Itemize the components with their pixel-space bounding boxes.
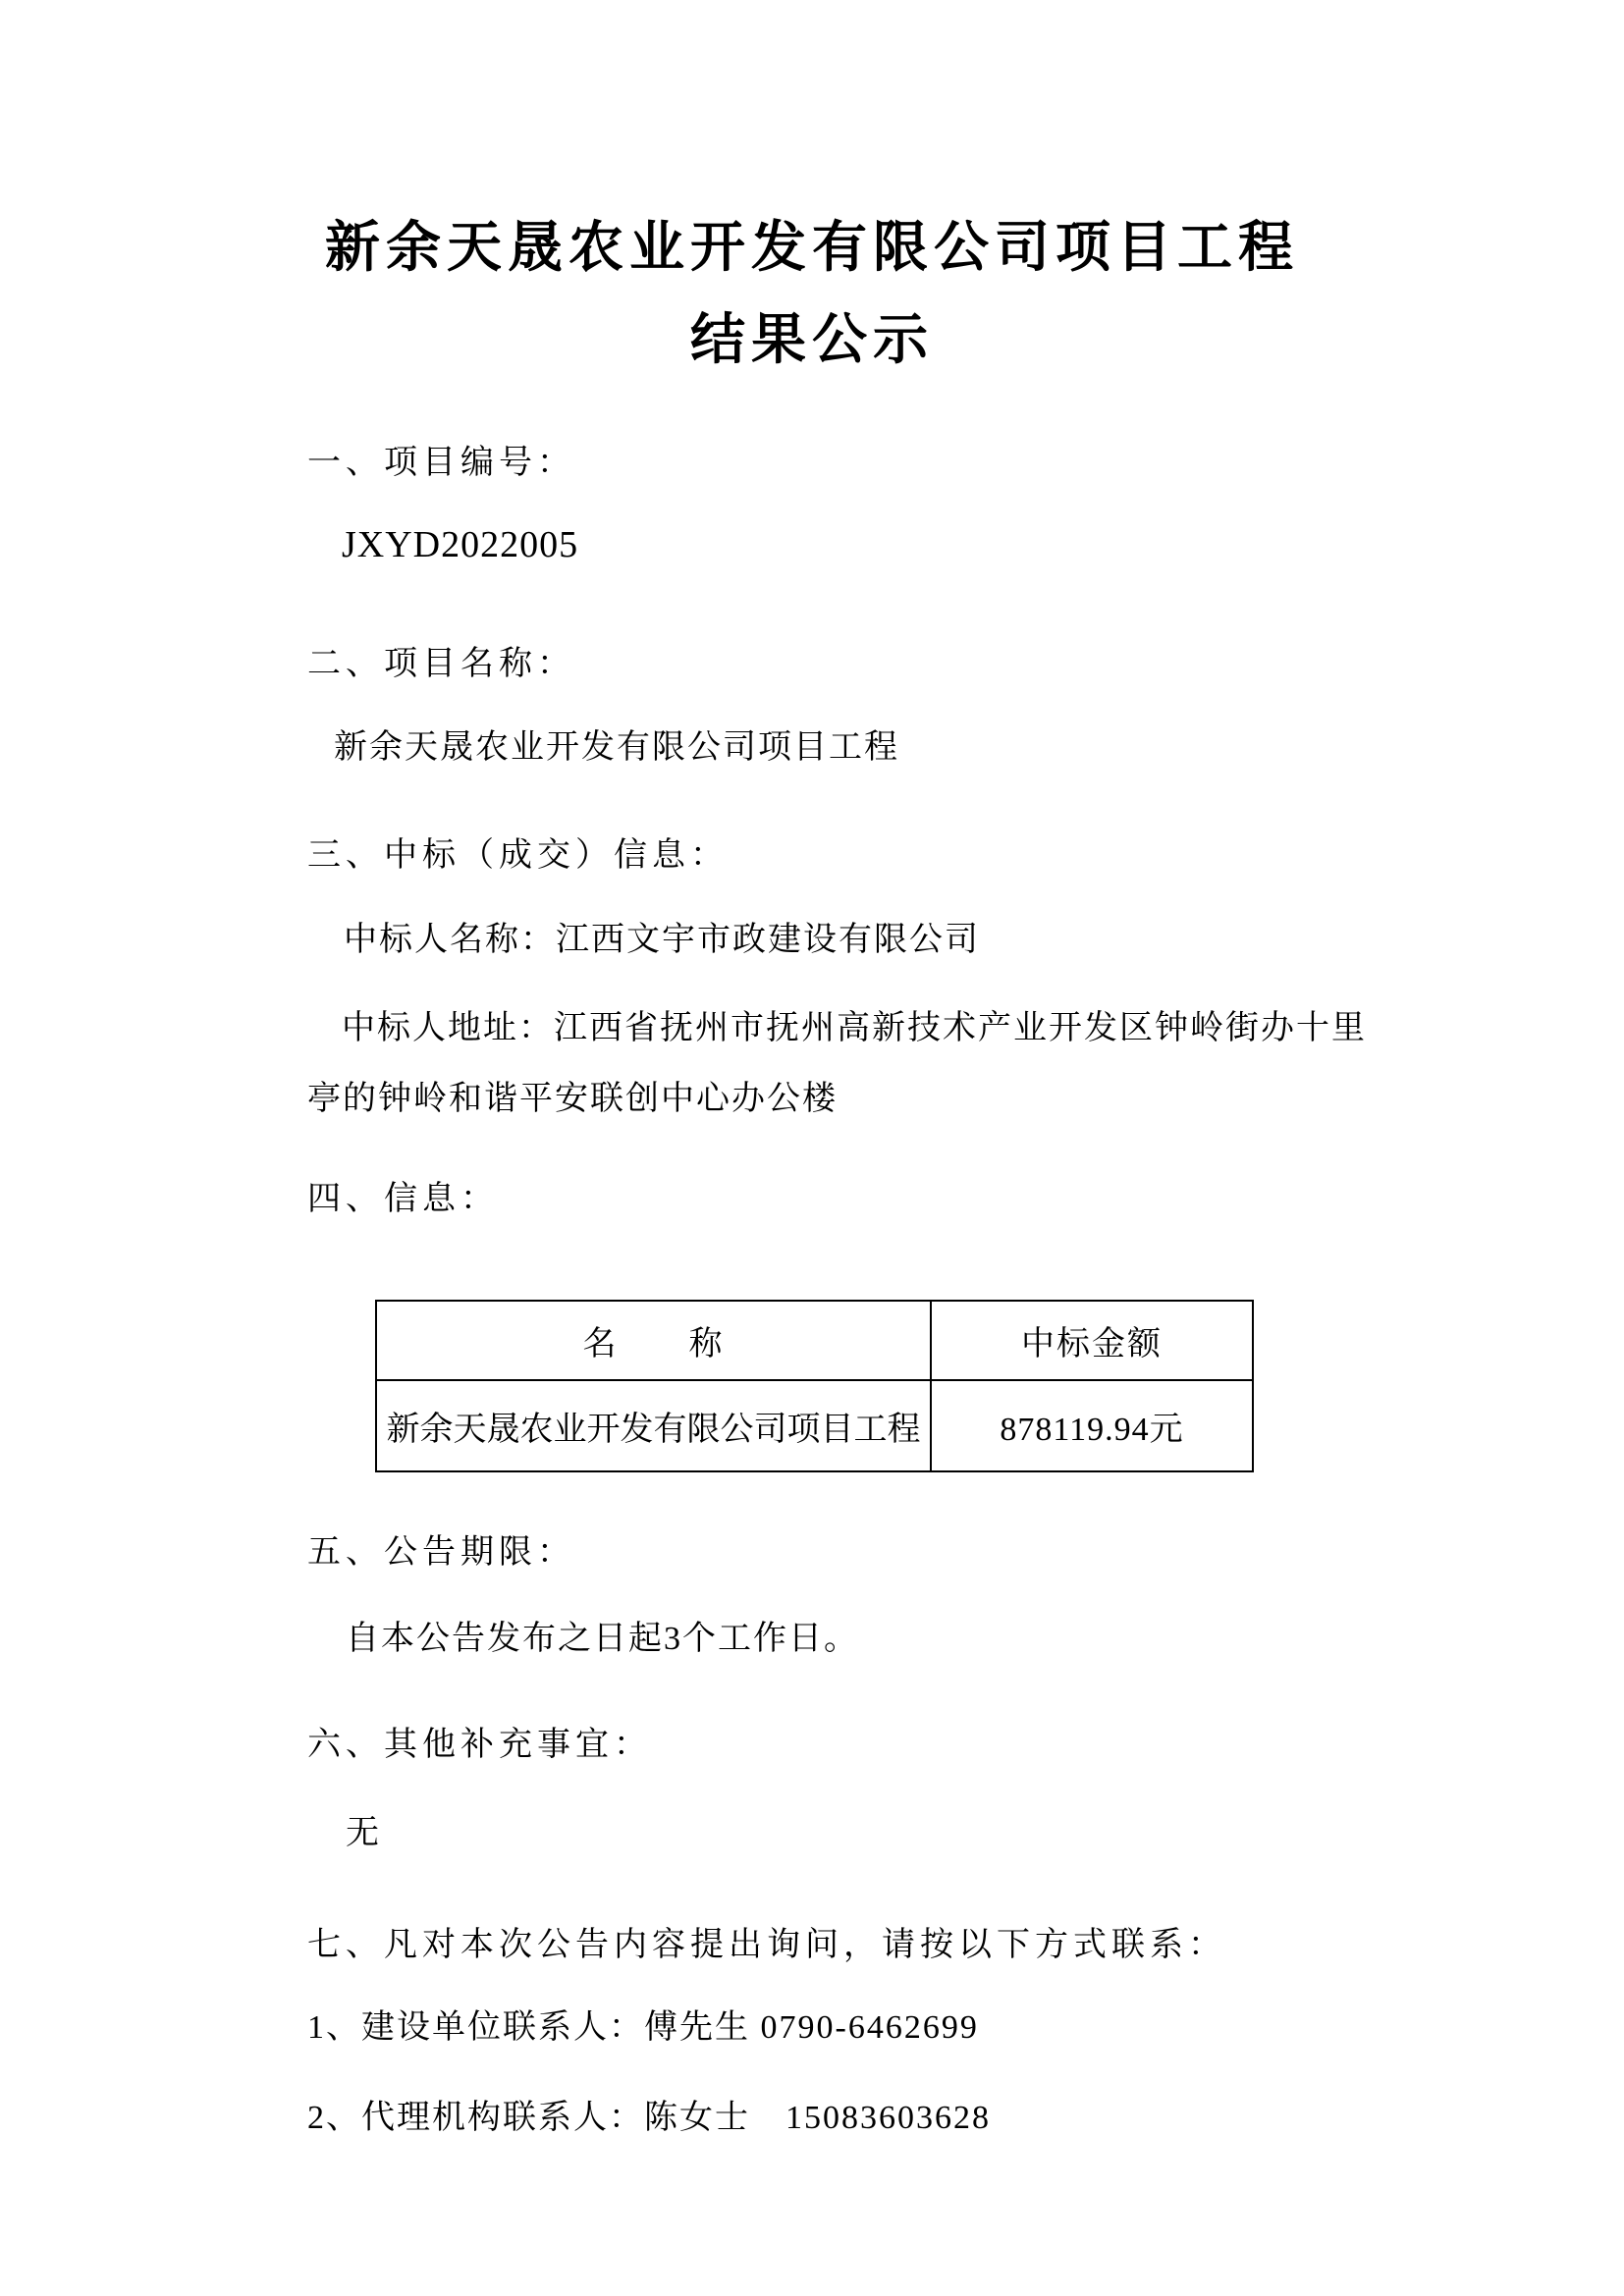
table-cell-project-name: 新余天晟农业开发有限公司项目工程 xyxy=(376,1380,931,1471)
section-2-heading: 二、项目名称： xyxy=(307,643,575,686)
section-7-heading: 七、凡对本次公告内容提出询问，请按以下方式联系： xyxy=(307,1924,1226,1967)
contact-line-construction-unit: 1、建设单位联系人：傅先生 0790-6462699 xyxy=(307,2006,979,2050)
table-header-amount: 中标金额 xyxy=(931,1301,1253,1380)
supplementary-matters-value: 无 xyxy=(346,1812,381,1855)
document-title-line1: 新余天晟农业开发有限公司项目工程 xyxy=(0,214,1624,283)
table-header-name: 名 称 xyxy=(376,1301,931,1380)
project-code-value: JXYD2022005 xyxy=(342,523,578,566)
section-6-heading: 六、其他补充事宜： xyxy=(307,1724,652,1767)
contact-line-agency: 2、代理机构联系人：陈女士 15083603628 xyxy=(307,2097,991,2140)
table-cell-award-amount: 878119.94元 xyxy=(931,1380,1253,1471)
winner-address-line2: 亭的钟岭和谐平安联创中心办公楼 xyxy=(307,1078,838,1121)
document-title-line2: 结果公示 xyxy=(0,306,1624,375)
section-1-heading: 一、项目编号： xyxy=(307,442,575,485)
section-4-heading: 四、信息： xyxy=(307,1178,499,1221)
table-header-row: 名 称 中标金额 xyxy=(376,1301,1253,1380)
announcement-page: 新余天晟农业开发有限公司项目工程 结果公示 一、项目编号： JXYD202200… xyxy=(0,0,1624,2296)
winner-address-line1: 中标人地址：江西省抚州市抚州高新技术产业开发区钟岭街办十里 xyxy=(342,1007,1367,1050)
table-data-row: 新余天晟农业开发有限公司项目工程 878119.94元 xyxy=(376,1380,1253,1471)
award-info-table: 名 称 中标金额 新余天晟农业开发有限公司项目工程 878119.94元 xyxy=(375,1300,1254,1472)
section-5-heading: 五、公告期限： xyxy=(307,1531,575,1575)
announcement-period-value: 自本公告发布之日起3个工作日。 xyxy=(346,1618,859,1661)
project-name-value: 新余天晟农业开发有限公司项目工程 xyxy=(334,726,899,770)
winner-name-line: 中标人名称：江西文宇市政建设有限公司 xyxy=(344,919,980,962)
section-3-heading: 三、中标（成交）信息： xyxy=(307,834,729,878)
